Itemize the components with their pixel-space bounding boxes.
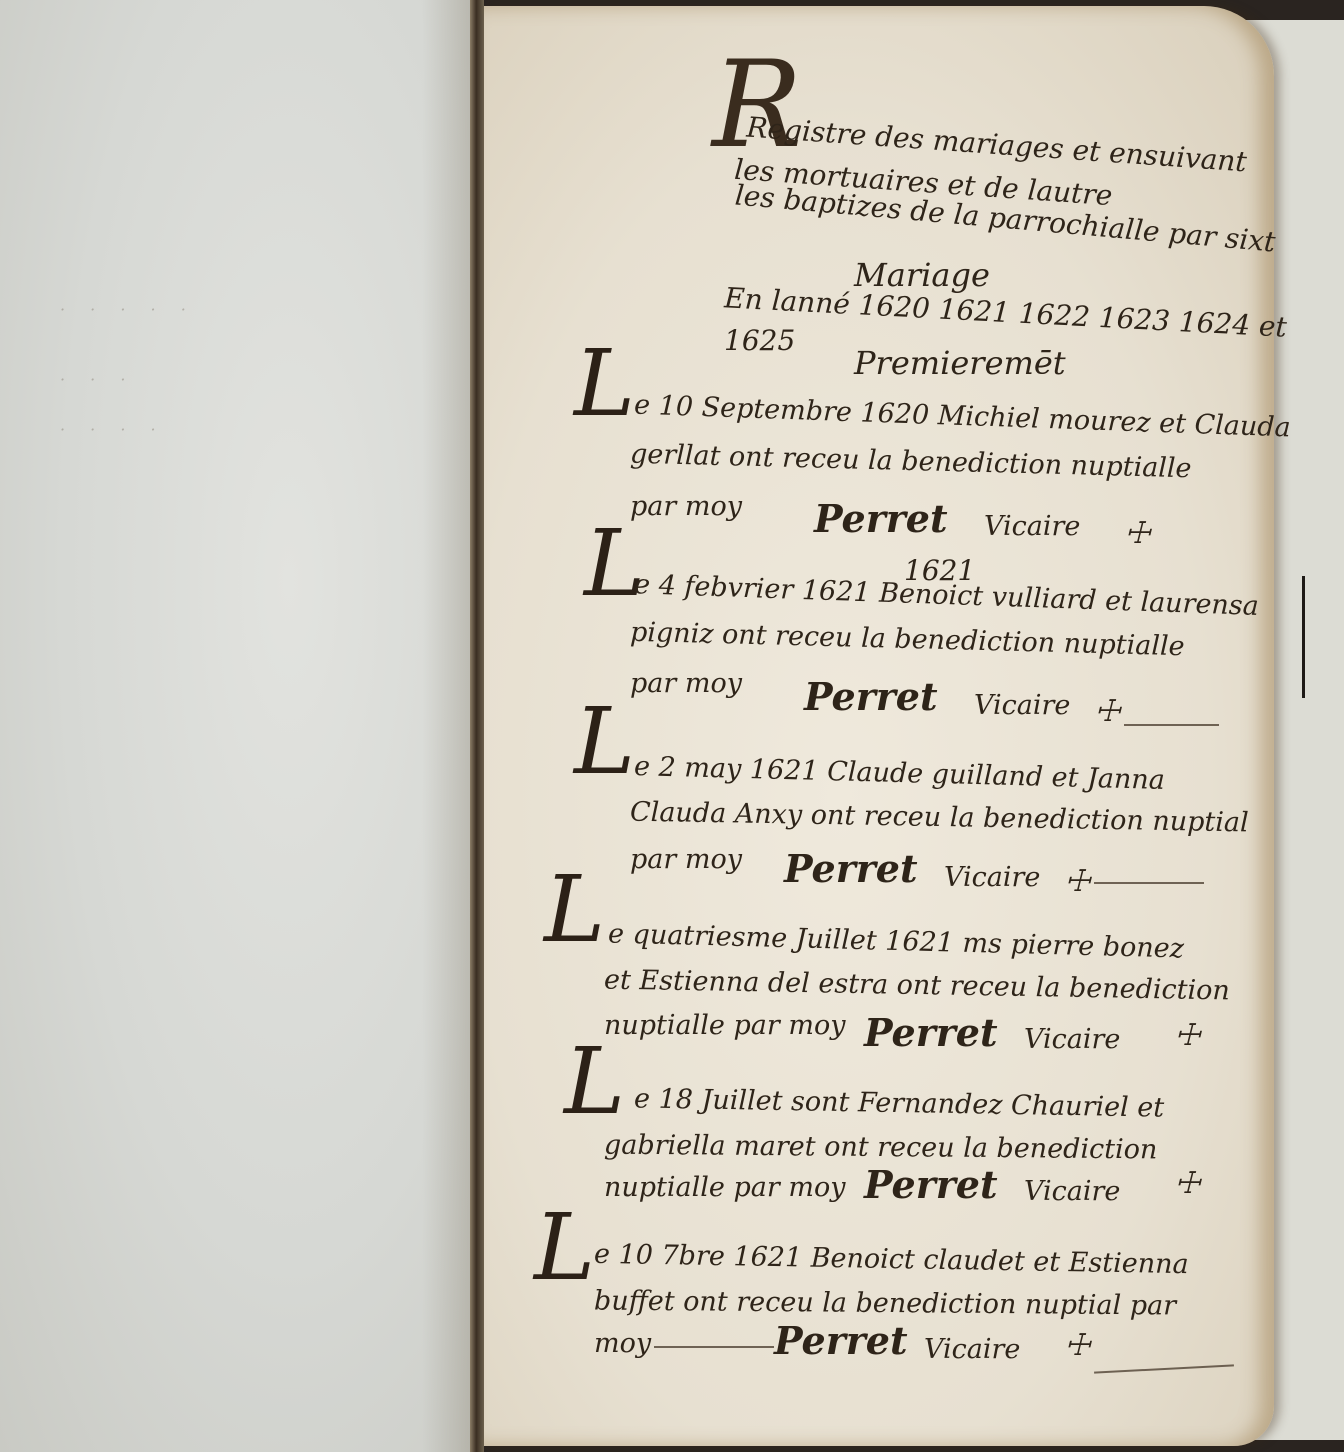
entry-line: e 10 Septembre 1620 Michiel mourez et Cl…: [634, 390, 1292, 444]
rule-line: [1094, 882, 1204, 884]
entry-line: e 2 may 1621 Claude guilland et Janna: [634, 751, 1166, 796]
signature-title: Vicaire: [1024, 1176, 1120, 1207]
entry-initial: L: [544, 864, 605, 956]
entry-initial: L: [564, 1036, 625, 1128]
signature-title: Vicaire: [944, 862, 1040, 893]
signature: Perret: [864, 1010, 998, 1055]
right-page: R Registre des mariages et ensuivant les…: [484, 6, 1274, 1446]
cross-mark-icon: ☩: [1094, 694, 1121, 729]
entry-line: buffet ont receu la benediction nuptial …: [594, 1285, 1176, 1321]
signature-title: Vicaire: [974, 690, 1070, 721]
book-gutter: [470, 0, 484, 1452]
decorated-initial: R: [712, 46, 802, 166]
cross-mark-icon: ☩: [1064, 1328, 1091, 1363]
entry-line: gerllat ont receu la benediction nuptial…: [630, 439, 1192, 485]
years-line: 1625: [724, 324, 795, 357]
entry-line: gabriella maret ont receu la benediction: [604, 1130, 1158, 1166]
signature-title: Vicaire: [924, 1334, 1020, 1365]
cross-mark-icon: ☩: [1124, 516, 1151, 551]
signature: Perret: [814, 496, 948, 541]
signature: Perret: [784, 846, 918, 891]
entry-initial: L: [534, 1202, 595, 1294]
years-line: En lanné 1620 1621 1622 1623 1624 et: [724, 281, 1288, 343]
bleed-through-text: · · · ·: [60, 420, 166, 439]
entry-line: nuptialle par moy: [604, 1010, 845, 1041]
entry-line: e 18 Juillet sont Fernandez Chauriel et: [634, 1083, 1165, 1123]
signature: Perret: [804, 674, 938, 719]
entry-initial: L: [574, 696, 635, 788]
signature: Perret: [864, 1162, 998, 1207]
premierement-heading: Premieremēt: [854, 344, 1066, 382]
bleed-through-text: · · · · ·: [60, 300, 196, 319]
cross-mark-icon: ☩: [1174, 1018, 1201, 1053]
cross-mark-icon: ☩: [1064, 864, 1091, 899]
cross-mark-icon: ☩: [1174, 1166, 1201, 1201]
rule-line: [654, 1346, 774, 1348]
entry-initial: L: [574, 338, 635, 430]
signature-title: Vicaire: [984, 511, 1080, 542]
signature-title: Vicaire: [1024, 1024, 1120, 1055]
entry-line: e 10 7bre 1621 Benoict claudet et Estien…: [594, 1239, 1189, 1280]
entry-line: pigniz ont receu la benediction nuptiall…: [630, 617, 1185, 663]
left-page: · · · · · · · · · · · ·: [0, 0, 482, 1452]
entry-line: Clauda Anxy ont receu la benediction nup…: [630, 797, 1249, 839]
backing-mark: [1302, 576, 1305, 698]
bleed-through-text: · · ·: [60, 370, 135, 389]
entry-line: par moy: [630, 668, 742, 699]
rule-line: [1094, 1364, 1234, 1373]
rule-line: [1124, 724, 1219, 726]
entry-line: et Estienna del estra ont receu la bened…: [604, 965, 1230, 1007]
entry-line: par moy: [630, 844, 742, 875]
signature: Perret: [774, 1318, 908, 1363]
entry-line: moy: [594, 1328, 651, 1359]
entry-line: e quatriesme Juillet 1621 ms pierre bone…: [608, 918, 1185, 964]
entry-line: nuptialle par moy: [604, 1172, 845, 1203]
entry-line: par moy: [630, 491, 742, 522]
